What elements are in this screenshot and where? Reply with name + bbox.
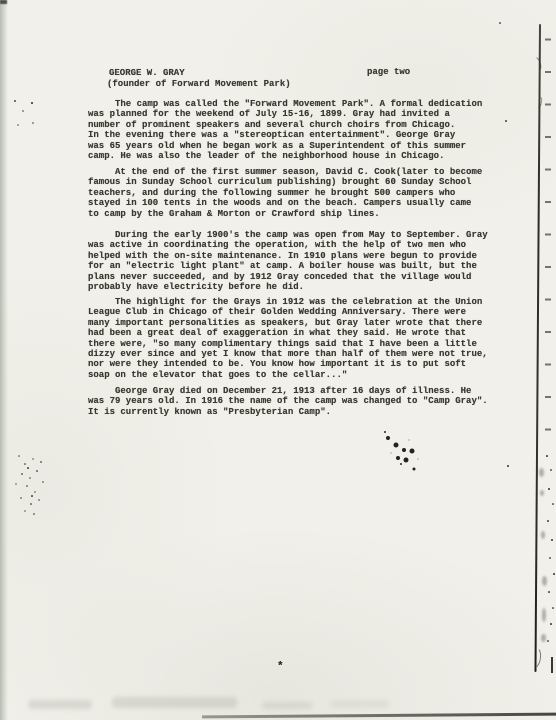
text-line: for an "electric light plant" at camp. A… xyxy=(88,261,488,271)
binding-page-edge-ticks xyxy=(545,8,551,460)
binding-edge-dash xyxy=(551,657,553,673)
text-line: League Club in Chicago of their Golden W… xyxy=(88,307,488,317)
text-line: The camp was called the "Forward Movemen… xyxy=(88,99,482,109)
scan-bottom-edge-shadow xyxy=(202,713,556,718)
text-line: probably have electricity before he did. xyxy=(88,282,488,292)
paragraph-1: The camp was called the "Forward Movemen… xyxy=(88,99,482,161)
scan-smudge xyxy=(542,608,546,622)
text-line: nor were they intended to be. You know h… xyxy=(88,359,488,369)
paragraph-2: At the end of the first summer season, D… xyxy=(88,167,482,219)
text-line: many important personalities as speakers… xyxy=(88,318,488,328)
scan-corner-mark xyxy=(0,0,7,4)
text-line: In the evening there was a "stereoptican… xyxy=(88,130,482,140)
text-line: plans never succeeded, and by 1912 Gray … xyxy=(88,272,488,282)
scan-left-edge-shadow xyxy=(0,0,8,720)
scan-speckle xyxy=(499,22,501,24)
paragraph-4: The highlight for the Grays in 1912 was … xyxy=(88,297,488,380)
binding-loop-mark xyxy=(525,645,542,670)
bleedthrough-ghost xyxy=(112,697,237,708)
scan-speckle-cluster xyxy=(546,455,548,457)
text-line: there were, "so many complimentary thing… xyxy=(88,339,488,349)
page-number-label: page two xyxy=(367,67,410,77)
scan-smudge xyxy=(541,531,545,539)
asterisk-mark: * xyxy=(277,661,284,673)
text-line: was 65 years old when he began work as a… xyxy=(88,141,482,151)
text-line: camp. He was also the leader of the neig… xyxy=(88,151,482,161)
document-title: GEORGE W. GRAY xyxy=(109,68,185,78)
paragraph-3: During the early 1900's the camp was ope… xyxy=(88,230,488,292)
binding-loop-mark xyxy=(528,55,544,75)
scan-smudge xyxy=(540,490,544,496)
scan-speckle-cluster xyxy=(18,455,20,457)
text-line: was 79 years old. In 1916 the name of th… xyxy=(88,396,488,406)
text-line: During the early 1900's the camp was ope… xyxy=(88,230,488,240)
document-subtitle: (founder of Forward Movement Park) xyxy=(107,79,291,89)
ink-scribble-mark xyxy=(384,431,386,433)
text-line: soap on the elevator that goes to the ce… xyxy=(88,370,488,380)
text-line: The highlight for the Grays in 1912 was … xyxy=(88,297,488,307)
text-line: George Gray died on December 21, 1913 af… xyxy=(88,386,488,396)
scan-speckle-cluster xyxy=(14,100,16,102)
text-line: was planned for the weekend of July 15-1… xyxy=(88,109,482,119)
text-line: was active in coordinating the operation… xyxy=(88,240,488,250)
scan-smudge xyxy=(541,634,546,642)
binding-edge-shadow-line xyxy=(534,24,541,672)
binding-loop-mark xyxy=(529,93,544,111)
text-line: teachers, and during the following summe… xyxy=(88,188,482,198)
text-line: helped with the on-site maintenance. In … xyxy=(88,251,488,261)
text-line: dizzy ever since and yet I know that mor… xyxy=(88,349,488,359)
text-line: At the end of the first summer season, D… xyxy=(88,167,482,177)
scan-smudge xyxy=(539,468,544,477)
text-line: It is currently known as "Presbyterian C… xyxy=(88,407,488,417)
bleedthrough-ghost xyxy=(330,700,390,708)
scan-smudge xyxy=(542,576,547,586)
paragraph-5: George Gray died on December 21, 1913 af… xyxy=(88,386,488,417)
text-line: had been a great deal of exaggeration in… xyxy=(88,328,488,338)
scanned-document-page: GEORGE W. GRAY page two (founder of Forw… xyxy=(0,0,556,720)
text-line: to camp by the Graham & Morton or Crawfo… xyxy=(88,209,482,219)
text-line: number of prominent speakers and several… xyxy=(88,120,482,130)
bleedthrough-ghost xyxy=(28,700,92,709)
bleedthrough-ghost xyxy=(262,702,312,709)
text-line: famous in Sunday School curriculum publi… xyxy=(88,177,482,187)
text-line: stayed in 100 tents in the woods and on … xyxy=(88,198,482,208)
